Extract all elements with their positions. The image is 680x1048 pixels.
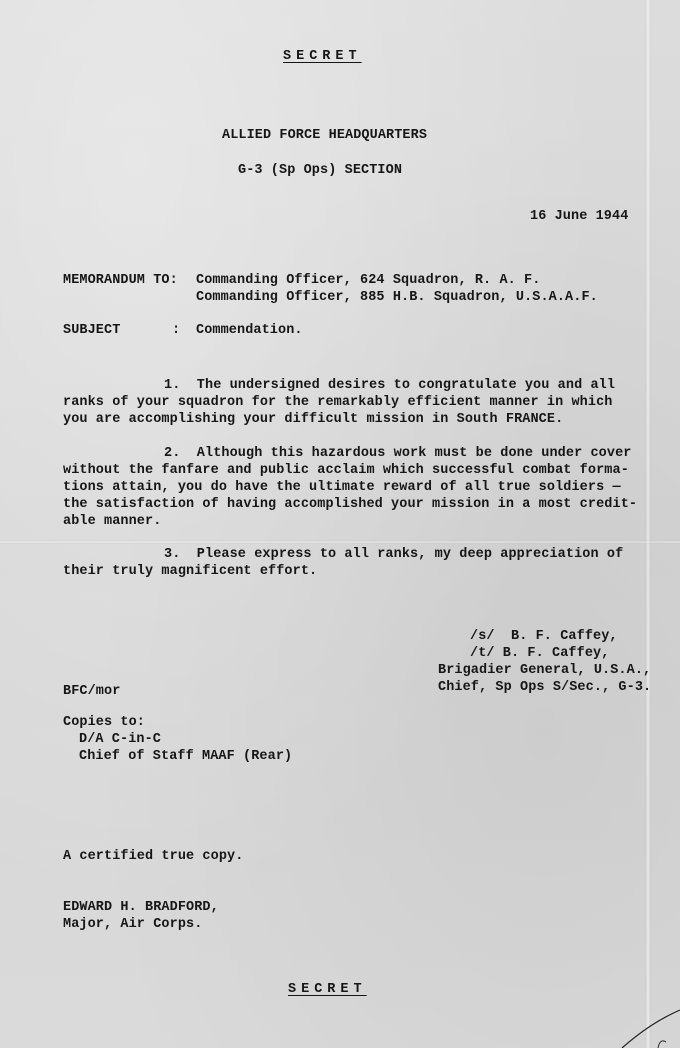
recipient-2: Commanding Officer, 885 H.B. Squadron, U… [196, 289, 598, 306]
paragraph-line: their truly magnificent effort. [63, 563, 317, 580]
paragraph-line: 3. Please express to all ranks, my deep … [164, 546, 623, 563]
classification-bottom: SECRET [288, 981, 367, 998]
reference-initials: BFC/mor [63, 683, 120, 700]
paragraph-line: the satisfaction of having accomplished … [63, 496, 637, 513]
subject-label: SUBJECT [63, 322, 120, 339]
certification-text: A certified true copy. [63, 848, 243, 865]
signature-rank: Brigadier General, U.S.A., [438, 662, 651, 679]
heading-org: ALLIED FORCE HEADQUARTERS [222, 127, 427, 144]
memorandum-label: MEMORANDUM TO: [63, 272, 178, 289]
paragraph-line: without the fanfare and public acclaim w… [63, 462, 629, 479]
paragraph-line: you are accomplishing your difficult mis… [63, 411, 563, 428]
subject-value: Commendation. [196, 322, 303, 339]
signature-title: Chief, Sp Ops S/Sec., G-3. [438, 679, 651, 696]
subject-separator: : [172, 322, 180, 339]
signature-signed: /s/ B. F. Caffey, [470, 628, 618, 645]
copy-recipient: Chief of Staff MAAF (Rear) [79, 748, 292, 765]
paragraph-line: 1. The undersigned desires to congratula… [164, 377, 615, 394]
pen-mark-icon [620, 1008, 680, 1048]
paragraph-line: able manner. [63, 513, 161, 530]
document-date: 16 June 1944 [530, 208, 628, 225]
certifier-name: EDWARD H. BRADFORD, [63, 899, 219, 916]
signature-typed: /t/ B. F. Caffey, [470, 645, 609, 662]
paragraph-line: tions attain, you do have the ultimate r… [63, 479, 621, 496]
paper-fold-horizontal [0, 540, 680, 544]
paragraph-line: ranks of your squadron for the remarkabl… [63, 394, 613, 411]
copy-recipient: D/A C-in-C [79, 731, 161, 748]
document-page: SECRET ALLIED FORCE HEADQUARTERS G-3 (Sp… [0, 0, 680, 1048]
paper-fold-vertical [645, 0, 651, 1048]
classification-top: SECRET [283, 48, 362, 65]
copies-label: Copies to: [63, 714, 145, 731]
certifier-title: Major, Air Corps. [63, 916, 202, 933]
recipient-1: Commanding Officer, 624 Squadron, R. A. … [196, 272, 540, 289]
heading-section: G-3 (Sp Ops) SECTION [238, 162, 402, 179]
paragraph-line: 2. Although this hazardous work must be … [164, 445, 631, 462]
